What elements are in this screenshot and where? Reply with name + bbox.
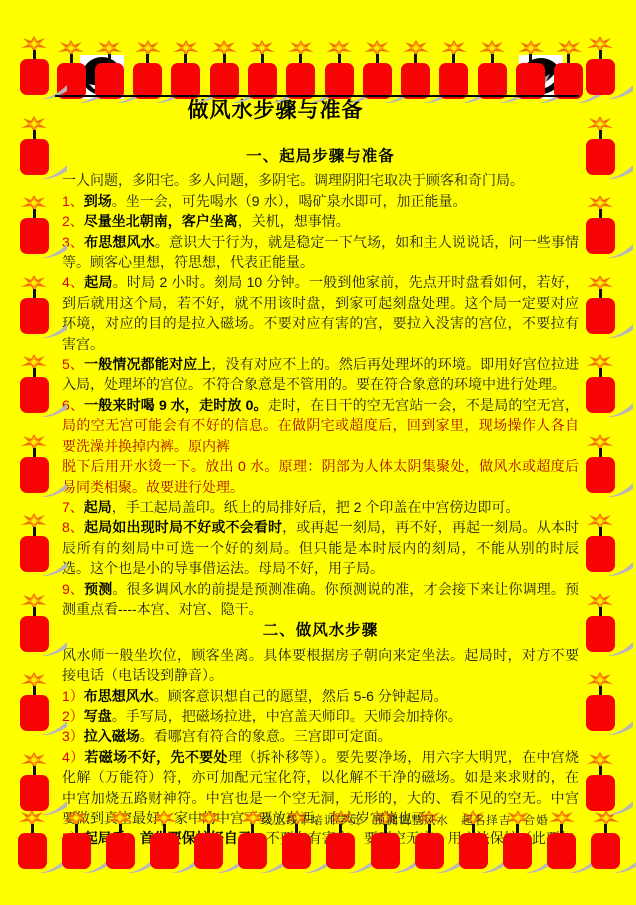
fuse [261,54,264,63]
firecracker-tube [286,63,315,99]
document-body: 一、起局步骤与准备一人问题，多阳宅。多人问题，多阴宅。调理阴阳宅取决于顾客和奇门… [62,147,579,849]
fuse [604,824,607,833]
firecracker-tube [439,63,468,99]
firecracker-icon [438,40,470,100]
text-segment: ，手工起局盖印。纸上的局排好后，把 2 个印盖在中宫傍边即可。 [112,499,520,515]
fuse [33,448,36,457]
firecracker-icon [553,40,585,100]
firecracker-icon [584,36,616,96]
text-segment: 预测 [84,581,112,597]
text-segment: 起局 [84,499,112,515]
firecracker-tube [586,536,615,572]
fuse [599,209,602,218]
firecracker-tube [20,218,49,254]
paragraph: 2）写盘。手写局，把磁场拉进，中宫盖天师印。天师会加持你。 [62,706,579,726]
fuse [599,448,602,457]
fuse [376,54,379,63]
fuse [599,686,602,695]
fuse [599,766,602,775]
firecracker-tube [20,616,49,652]
paragraph: 9、预测。很多调风水的前提是预测准确。你预测说的准，才会接下来让你调理。预测重点… [62,579,579,620]
firecracker-tube [586,59,615,95]
document-page: 做风水步骤与准备 一、起局步骤与准备一人问题，多阳宅。多人问题，多阴宅。调理阴阳… [62,99,579,849]
text-segment: 4） [62,749,84,765]
paragraph: 3）拉入磁场。看哪宫有符合的象意。三宫即可定面。 [62,726,579,746]
firecracker-icon [584,195,616,255]
text-segment: 7、 [62,499,84,515]
firecracker-tube [326,833,355,869]
firecracker-icon [18,434,50,494]
firecracker-icon [208,40,240,100]
firecracker-icon [584,513,616,573]
fuse [599,368,602,377]
fuse [599,289,602,298]
firecracker-tube [62,833,91,869]
firecracker-icon [18,275,50,335]
firecracker-tube [325,63,354,99]
firecracker-tube [478,63,507,99]
firecracker-tube [586,218,615,254]
fuse [33,50,36,59]
fuse [31,824,34,833]
section-heading: 一、起局步骤与准备 [62,147,579,167]
text-segment: 1、 [62,193,84,209]
firecracker-tube [20,298,49,334]
firecracker-tube [95,63,124,99]
firecracker-tube [106,833,135,869]
firecracker-tube [363,63,392,99]
firecracker-tube [586,377,615,413]
header-rule [55,95,579,97]
fuse [33,607,36,616]
fuse [33,289,36,298]
fuse [223,54,226,63]
paragraph: 6、一般来时喝 9 水，走时放 0。走时，在日干的空无宫站一会，不是局的空无宫，… [62,395,579,456]
firecracker-icon [18,36,50,96]
firecracker-icon [515,40,547,100]
text-segment: 布思想风水 [84,234,155,250]
firecracker-icon [18,593,50,653]
paragraph: 4、起局。时局 2 小时。刻局 10 分钟。一般到他家前，先点开时盘看如何，若好… [62,272,579,354]
firecracker-icon [18,672,50,732]
fuse [33,209,36,218]
paragraph: 脱下后用开水烫一下。放出 0 水。原理：阴部为人体太阴集聚处，做风水或超度后易同… [62,456,579,497]
firecracker-icon [361,40,393,100]
firecracker-tube [282,833,311,869]
firecracker-icon [18,195,50,255]
fuse [108,54,111,63]
firecracker-icon [18,354,50,414]
fuse [599,50,602,59]
fuse [146,54,149,63]
firecracker-tube [586,616,615,652]
text-segment: 起局 [84,274,112,290]
text-segment: 写盘 [84,708,112,724]
firecracker-border-top [55,40,585,100]
paragraph: 3、布思想风水。意识大于行为，就是稳定一下气场，如和主人说说话，问一些事情等。顾… [62,232,579,273]
firecracker-icon [285,40,317,100]
fuse [491,54,494,63]
fuse [338,54,341,63]
text-segment: 局的空无宫可能会有不好的信息。在做阴宅或超度后，回到家里，现场操作人各自要洗澡并… [62,417,579,453]
firecracker-icon [584,116,616,176]
fuse [33,368,36,377]
text-segment: 布思想风水 [84,688,154,704]
firecracker-tube [586,298,615,334]
firecracker-icon [246,40,278,100]
fuse [567,54,570,63]
firecracker-icon [584,752,616,812]
firecracker-icon [93,40,125,100]
fuse [184,54,187,63]
firecracker-icon [476,40,508,100]
firecracker-tube [503,833,532,869]
fuse [33,130,36,139]
paragraph: 1、到场。坐一会，可先喝水（9 水），喝矿泉水即可，加正能量。 [62,191,579,211]
firecracker-icon [170,40,202,100]
firecracker-icon [18,752,50,812]
text-segment: 到场 [84,193,112,209]
text-segment: 。顾客意识想自己的愿望，然后 5-6 分钟起局。 [154,688,448,704]
text-segment: 。很多调风水的前提是预测准确。你预测说的准，才会接下来让你调理。预测重点看---… [62,581,579,617]
fuse [70,54,73,63]
firecracker-tube [371,833,400,869]
firecracker-tube [194,833,223,869]
firecracker-icon [323,40,355,100]
firecracker-tube [210,63,239,99]
text-segment: 一般来时喝 9 水，走时放 0。 [84,397,268,413]
text-segment: ，关机，想事情。 [238,213,350,229]
firecracker-icon [18,513,50,573]
firecracker-tube [20,377,49,413]
firecracker-icon [400,40,432,100]
fuse [529,54,532,63]
firecracker-icon [584,434,616,494]
text-segment: 若磁场不好，先不要处 [84,749,227,765]
text-segment: 8、 [62,519,84,535]
text-segment: 。看哪宫有符合的象意。三宫即可定面。 [140,728,392,744]
firecracker-tube [547,833,576,869]
firecracker-icon [16,810,48,870]
fuse [452,54,455,63]
firecracker-tube [415,833,444,869]
firecracker-border-left [18,36,52,812]
firecracker-tube [516,63,545,99]
footer-text: 线上线下培训学员 预测调整风水 起名择吉 合婚 [60,812,580,828]
text-segment: 9、 [62,581,84,597]
firecracker-tube [20,775,49,811]
paragraph: 7、起局，手工起局盖印。纸上的局排好后，把 2 个印盖在中宫傍边即可。 [62,497,579,517]
firecracker-tube [586,695,615,731]
firecracker-tube [401,63,430,99]
text-segment: 2、 [62,213,84,229]
text-segment: 一般情况都能对应上 [84,356,211,372]
firecracker-icon [584,354,616,414]
text-segment: 4、 [62,274,84,290]
firecracker-tube [459,833,488,869]
firecracker-tube [238,833,267,869]
fuse [33,766,36,775]
firecracker-border-right [584,36,618,812]
firecracker-tube [20,536,49,572]
firecracker-tube [20,695,49,731]
firecracker-icon [590,810,622,870]
firecracker-icon [18,116,50,176]
firecracker-icon [584,672,616,732]
firecracker-tube [18,833,47,869]
firecracker-icon [132,40,164,100]
paragraph: 一人问题，多阳宅。多人问题，多阴宅。调理阴阳宅取决于顾客和奇门局。 [62,170,579,190]
paragraph: 1）布思想风水。顾客意识想自己的愿望，然后 5-6 分钟起局。 [62,686,579,706]
firecracker-icon [584,275,616,335]
section-heading: 二、做风水步骤 [62,621,579,641]
text-segment: 1） [62,688,84,704]
paragraph: 2、尽量坐北朝南，客户坐离，关机，想事情。 [62,211,579,231]
fuse [599,130,602,139]
firecracker-tube [20,59,49,95]
firecracker-tube [586,457,615,493]
fuse [299,54,302,63]
fuse [414,54,417,63]
fuse [599,607,602,616]
fuse [33,686,36,695]
text-segment: 风水师一般坐坎位，顾客坐离。具体要根据房子朝向来定坐法。起局时，对方不要接电话（… [62,647,579,683]
text-segment: 。时局 2 小时。刻局 10 分钟。一般到他家前，先点开时盘看如何，若好，到后就… [62,274,579,351]
text-segment: 脱下后用开水烫一下。放出 0 水。原理：阴部为人体太阴集聚处，做风水或超度后易同… [62,458,579,494]
text-segment: 拉入磁场 [84,728,140,744]
fuse [33,527,36,536]
firecracker-tube [20,457,49,493]
firecracker-tube [586,775,615,811]
paragraph: 5、一般情况都能对应上，没有对应不上的。然后再处理坏的环境。即用好宫位拉进入局，… [62,354,579,395]
fuse [599,527,602,536]
text-segment: 。手写局，把磁场拉进，中宫盖天师印。天师会加持你。 [112,708,462,724]
paragraph: 8、起局如出现时局不好或不会看时，或再起一刻局，再不好，再起一刻局。从本时辰所有… [62,517,579,578]
firecracker-icon [584,593,616,653]
firecracker-tube [248,63,277,99]
text-segment: 。坐一会，可先喝水（9 水），喝矿泉水即可，加正能量。 [112,193,467,209]
firecracker-tube [20,139,49,175]
text-segment: 起局如出现时局不好或不会看时 [84,519,282,535]
firecracker-tube [133,63,162,99]
text-segment: 走时，在日干的空无宫站一会，不是局的空无宫， [268,397,579,413]
text-segment: 5、 [62,356,84,372]
text-segment: 尽量坐北朝南，客户坐离 [84,213,238,229]
paragraph: 风水师一般坐坎位，顾客坐离。具体要根据房子朝向来定坐法。起局时，对方不要接电话（… [62,645,579,686]
firecracker-tube [150,833,179,869]
firecracker-tube [586,139,615,175]
firecracker-tube [171,63,200,99]
firecracker-tube [554,63,583,99]
text-segment: 一人问题，多阳宅。多人问题，多阴宅。调理阴阳宅取决于顾客和奇门局。 [62,172,524,188]
firecracker-tube [591,833,620,869]
